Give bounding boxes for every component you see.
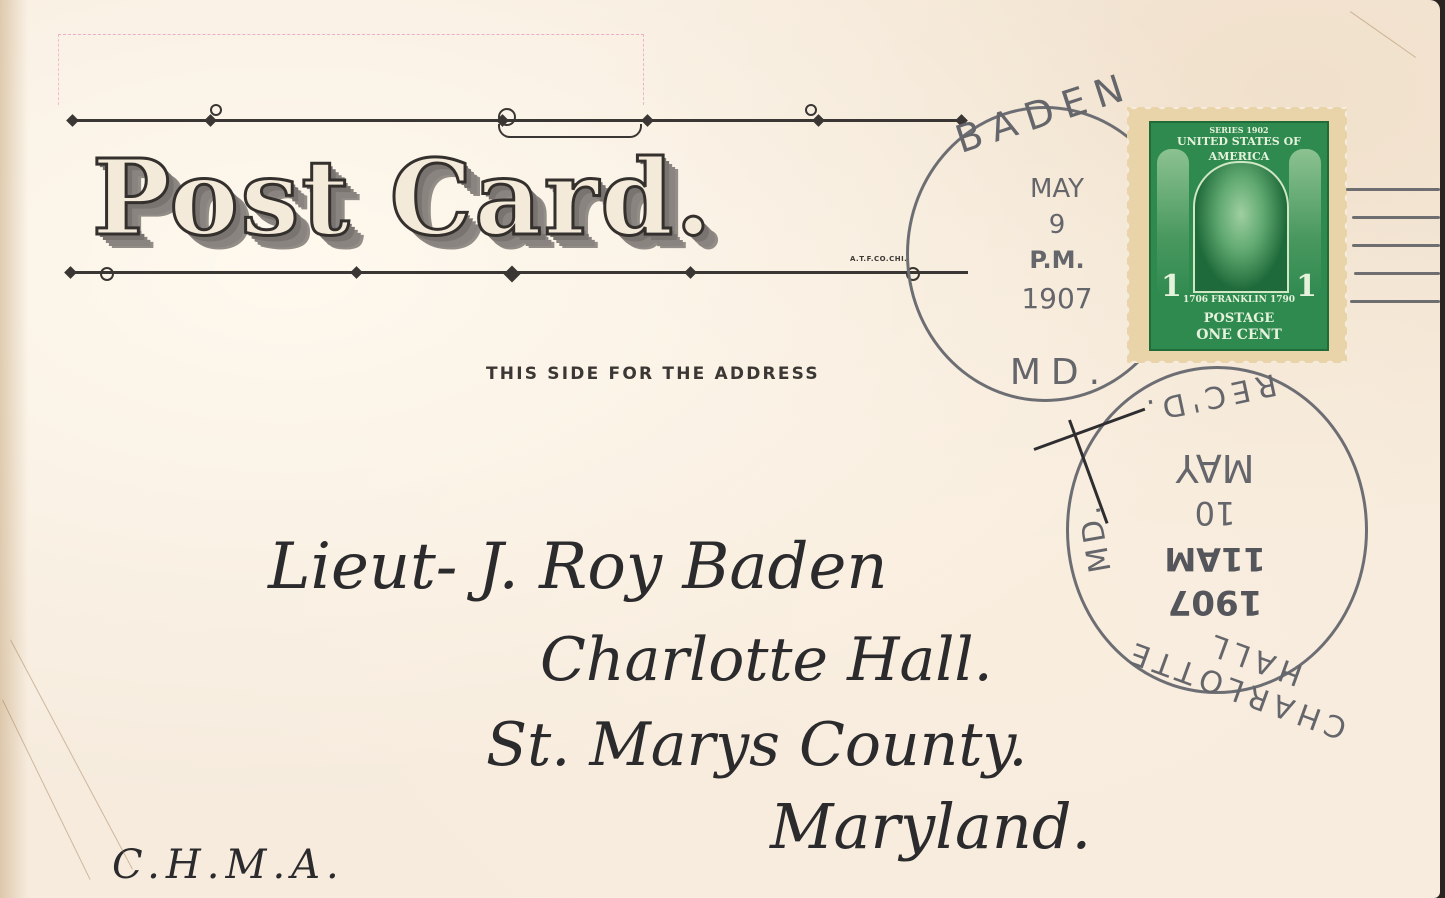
- address-line-2: Charlotte Hall.: [540, 625, 993, 695]
- address-line-3: St. Marys County.: [486, 710, 1027, 780]
- register-guide-box: [58, 34, 644, 105]
- bottom-ornament-rule: [66, 264, 968, 284]
- receiving-postmark-month: MAY: [1150, 446, 1280, 490]
- sender-initials: C.H.M.A.: [112, 842, 345, 888]
- top-ornament-rule: [68, 116, 966, 136]
- one-cent-franklin-stamp: SERIES 1902 UNITED STATES OF AMERICA 1 1…: [1127, 107, 1347, 363]
- origin-postmark-state: MD.: [990, 352, 1130, 393]
- receiving-postmark-center: MAY 10 11AM 1907: [1150, 430, 1280, 630]
- origin-postmark-time: P.M.: [1012, 246, 1102, 274]
- address-line-4: Maryland.: [770, 790, 1091, 863]
- origin-postmark-year: 1907: [1012, 282, 1102, 315]
- stamp-perforations-v: [1127, 107, 1347, 363]
- title-text: Post Card.: [92, 140, 713, 255]
- paper-crease: [2, 700, 91, 880]
- postcard-back: Post Card. A.T.F.CO.CHI. THIS SIDE FOR T…: [0, 0, 1440, 898]
- receiving-postmark-day: 10: [1150, 494, 1280, 532]
- printer-mark: A.T.F.CO.CHI.: [850, 255, 907, 263]
- origin-postmark-day: 9: [1012, 210, 1102, 240]
- address-line-1: Lieut- J. Roy Baden: [268, 530, 888, 604]
- post-card-title: Post Card.: [92, 140, 942, 255]
- receiving-postmark-time: 11AM: [1150, 540, 1280, 578]
- paper-crease: [1350, 11, 1416, 58]
- address-side-label: THIS SIDE FOR THE ADDRESS: [486, 364, 820, 384]
- origin-postmark-month: MAY: [1012, 174, 1102, 204]
